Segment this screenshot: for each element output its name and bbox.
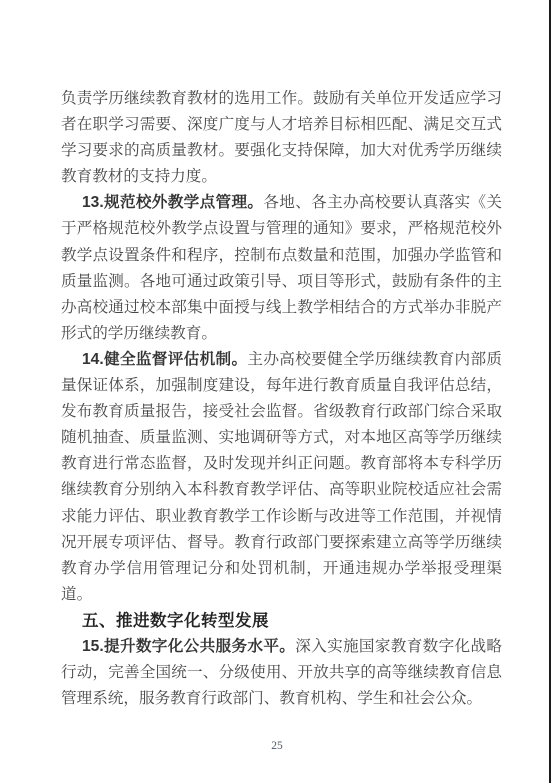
paragraph-continued: 负责学历继续教育教材的选用工作。鼓励有关单位开发适应学习者在职学习需要、深度广度… <box>61 86 502 190</box>
paragraph-item-15: 15.提升数字化公共服务水平。深入实施国家教育数字化战略行动，完善全国统一、分级… <box>61 634 502 712</box>
scan-edge-line <box>549 0 551 783</box>
paragraph-item-13: 13.规范校外教学点管理。各地、各主办高校要认真落实《关于严格规范校外教学点设置… <box>61 190 502 347</box>
document-text-block: 负责学历继续教育教材的选用工作。鼓励有关单位开发适应学习者在职学习需要、深度广度… <box>61 86 502 712</box>
paragraph-item-14: 14.健全监督评估机制。主办高校要健全学历继续教育内部质量保证体系，加强制度建设… <box>61 347 502 608</box>
page-number: 25 <box>0 740 554 752</box>
item-13-body: 各地、各主办高校要认真落实《关于严格规范校外教学点设置与管理的通知》要求，严格规… <box>61 194 502 341</box>
item-14-body: 主办高校要健全学历继续教育内部质量保证体系，加强制度建设，每年进行教育质量自我评… <box>61 351 502 603</box>
item-13-lead: 13.规范校外教学点管理。 <box>82 194 263 211</box>
section-heading: 五、推进数字化转型发展 <box>61 608 502 634</box>
item-15-lead: 15.提升数字化公共服务水平。 <box>82 638 295 655</box>
document-page: 负责学历继续教育教材的选用工作。鼓励有关单位开发适应学习者在职学习需要、深度广度… <box>0 0 554 783</box>
item-14-lead: 14.健全监督评估机制。 <box>82 351 247 368</box>
